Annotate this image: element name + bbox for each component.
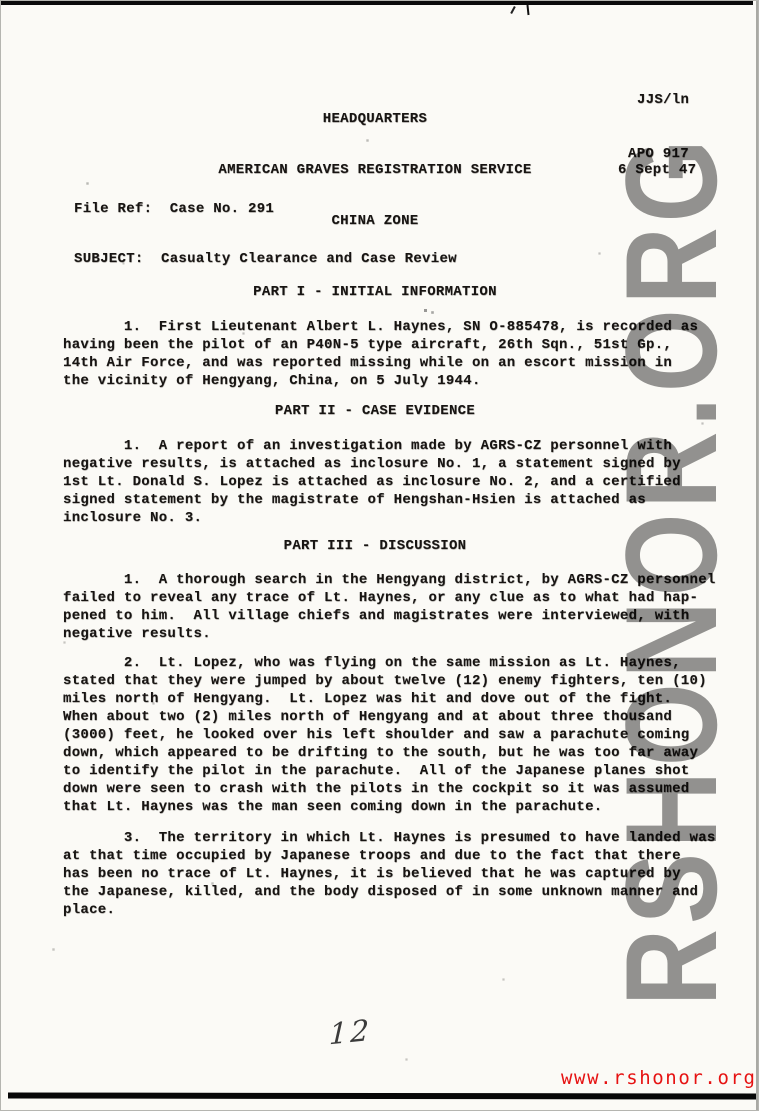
site-url-text: www.rshonor.org [561, 1067, 757, 1089]
scanned-document-page: HEADQUARTERS AMERICAN GRAVES REGISTRATIO… [0, 0, 759, 1111]
letterhead-line-headquarters: HEADQUARTERS [1, 111, 749, 128]
office-symbol: JJS/ln [637, 91, 689, 109]
scan-noise-specks [1, 1, 2, 2]
file-ref-line: File Ref: Case No. 291 [74, 200, 274, 218]
subject-line: SUBJECT: Casualty Clearance and Case Rev… [74, 250, 457, 268]
scan-artifact-mark [510, 6, 516, 14]
scan-bottom-edge-bar [8, 1092, 759, 1099]
scan-top-edge-bar [1, 1, 753, 5]
rshonor-watermark: RSHONOR.ORG [606, 135, 736, 1006]
scan-right-edge-line [756, 1, 758, 1111]
scan-artifact-mark [526, 5, 529, 15]
handwritten-page-number: 12 [329, 1013, 373, 1052]
part2-paragraph-1: 1. A report of an investigation made by … [63, 437, 681, 527]
